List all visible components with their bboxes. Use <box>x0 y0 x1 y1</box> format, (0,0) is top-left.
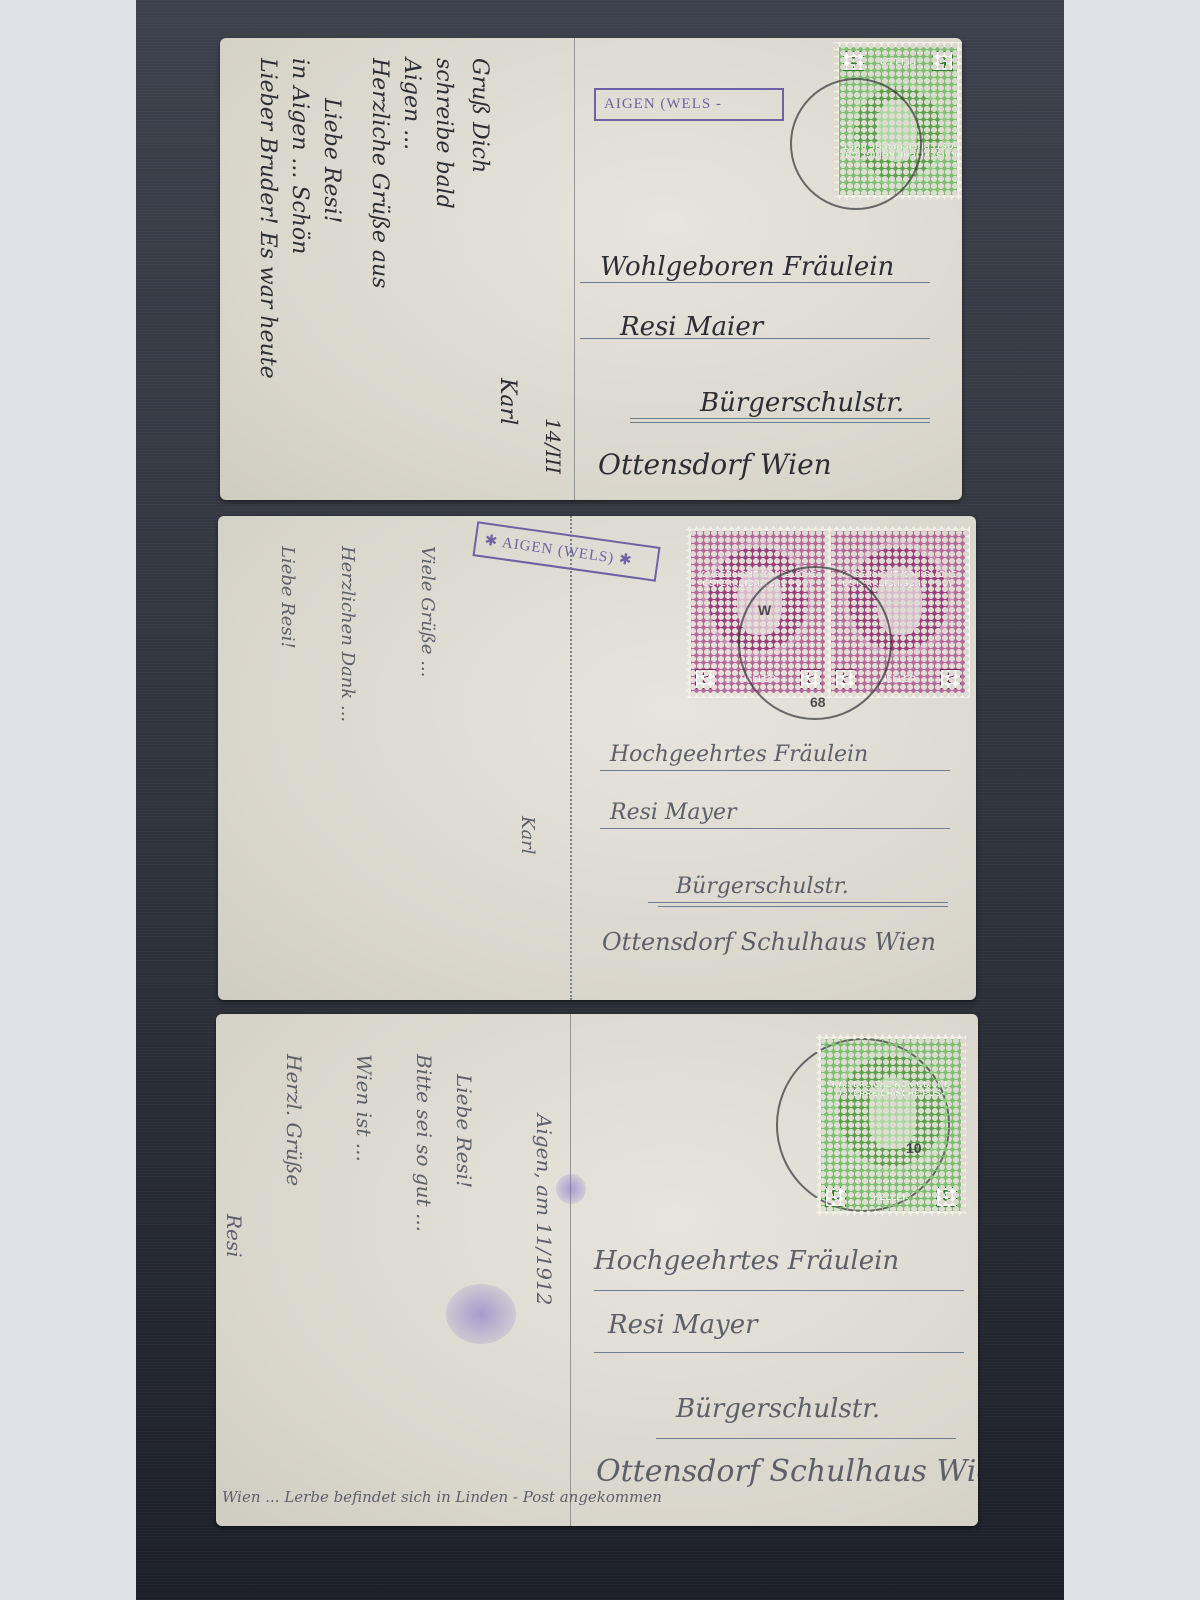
address-rule <box>580 338 930 339</box>
date-note: 14/III <box>541 418 565 474</box>
aigen-cancel-stamp: AIGEN (WELS - <box>594 88 784 121</box>
message-line: Aigen, am 11/1912 <box>532 1114 556 1305</box>
stamp-ring-text: KAISERLICHE KÖNIGLICHE ÖSTERREICHISCHE P… <box>821 1080 961 1098</box>
postmark-letter: W <box>758 602 771 618</box>
message-line: Liebe Resi! <box>319 98 344 224</box>
address-line: Ottensdorf Wien <box>598 448 832 481</box>
address-rule <box>594 1352 964 1353</box>
stamp-value: 5 <box>936 1187 957 1207</box>
postmark-date: 10 <box>906 1140 922 1156</box>
address-rule <box>658 906 948 907</box>
postcard-divider <box>574 38 575 500</box>
message-line: Aigen ... <box>399 58 424 150</box>
message-line: Liebe Resi! <box>452 1074 476 1188</box>
address-line: Bürgerschulstr. <box>676 874 849 899</box>
message-line: in Aigen ... Schön <box>287 58 312 254</box>
address-rule <box>656 1438 956 1439</box>
address-line: Ottensdorf Schulhaus Wien <box>602 928 936 956</box>
message-line: schreibe bald <box>431 58 456 209</box>
signature: Karl <box>495 378 520 425</box>
postcard-divider <box>570 1014 571 1526</box>
address-line: Bürgerschulstr. <box>700 388 904 418</box>
address-line: Resi Mayer <box>610 800 737 825</box>
aigen-cancel-stamp: ✱ AIGEN (WELS) ✱ <box>472 521 660 581</box>
postmark-circle <box>790 78 922 210</box>
signature: Resi <box>222 1214 246 1258</box>
address-rule <box>630 422 930 423</box>
stamp-value: 5 <box>825 1187 846 1207</box>
stamp-value: 3 <box>940 669 961 689</box>
address-rule <box>648 902 948 903</box>
footer-note: Wien ... Lerbe befindet sich in Linden -… <box>222 1488 662 1506</box>
postage-stamp-5-heller: KAISERLICHE KÖNIGLICHE ÖSTERREICHISCHE P… <box>816 1034 966 1216</box>
address-line: Ottensdorf Schulhaus Wien <box>596 1454 978 1489</box>
address-rule <box>630 418 930 419</box>
address-rule <box>594 1290 964 1291</box>
address-rule <box>600 828 950 829</box>
stamp-value: 5 <box>932 51 953 71</box>
address-line: Resi Mayer <box>608 1310 758 1340</box>
signature: Karl <box>517 816 538 855</box>
message-line: Herzlichen Dank ... <box>337 546 358 722</box>
stamp-value: 3 <box>695 669 716 689</box>
message-line: Viele Grüße ... <box>417 546 438 677</box>
message-line: Bitte sei so gut ... <box>412 1054 436 1232</box>
stamp-unit: HELLER <box>880 56 916 66</box>
address-line: Wohlgeboren Fräulein <box>600 252 894 282</box>
stamp-unit: HELLER <box>880 674 916 684</box>
address-line: Hochgeehrtes Fräulein <box>594 1246 899 1276</box>
address-line: Bürgerschulstr. <box>676 1394 880 1424</box>
ink-smudge <box>556 1174 586 1204</box>
message-line: Herzl. Grüße <box>282 1054 306 1186</box>
postcard-2: Liebe Resi! Herzlichen Dank ... Viele Gr… <box>218 516 976 1000</box>
message-line: Wien ist ... <box>352 1054 376 1162</box>
address-line: Hochgeehrtes Fräulein <box>610 742 868 767</box>
message-line: Liebe Resi! <box>277 546 298 649</box>
stamp-value: 5 <box>843 51 864 71</box>
address-rule <box>600 770 950 771</box>
postcard-divider <box>570 516 573 1000</box>
message-line: Herzliche Grüße aus <box>367 58 392 288</box>
message-line: Gruß Dich <box>467 58 492 173</box>
ink-smudge <box>446 1284 516 1344</box>
address-rule <box>580 282 930 283</box>
message-line: Lieber Bruder! Es war heute <box>255 58 280 379</box>
stamp-unit: HELLER <box>873 1192 909 1202</box>
postcard-1: Lieber Bruder! Es war heute in Aigen ...… <box>220 38 962 500</box>
postmark-number: 68 <box>810 694 826 710</box>
photo-background: Lieber Bruder! Es war heute in Aigen ...… <box>136 0 1064 1600</box>
postcard-3: Aigen, am 11/1912 Liebe Resi! Bitte sei … <box>216 1014 978 1526</box>
